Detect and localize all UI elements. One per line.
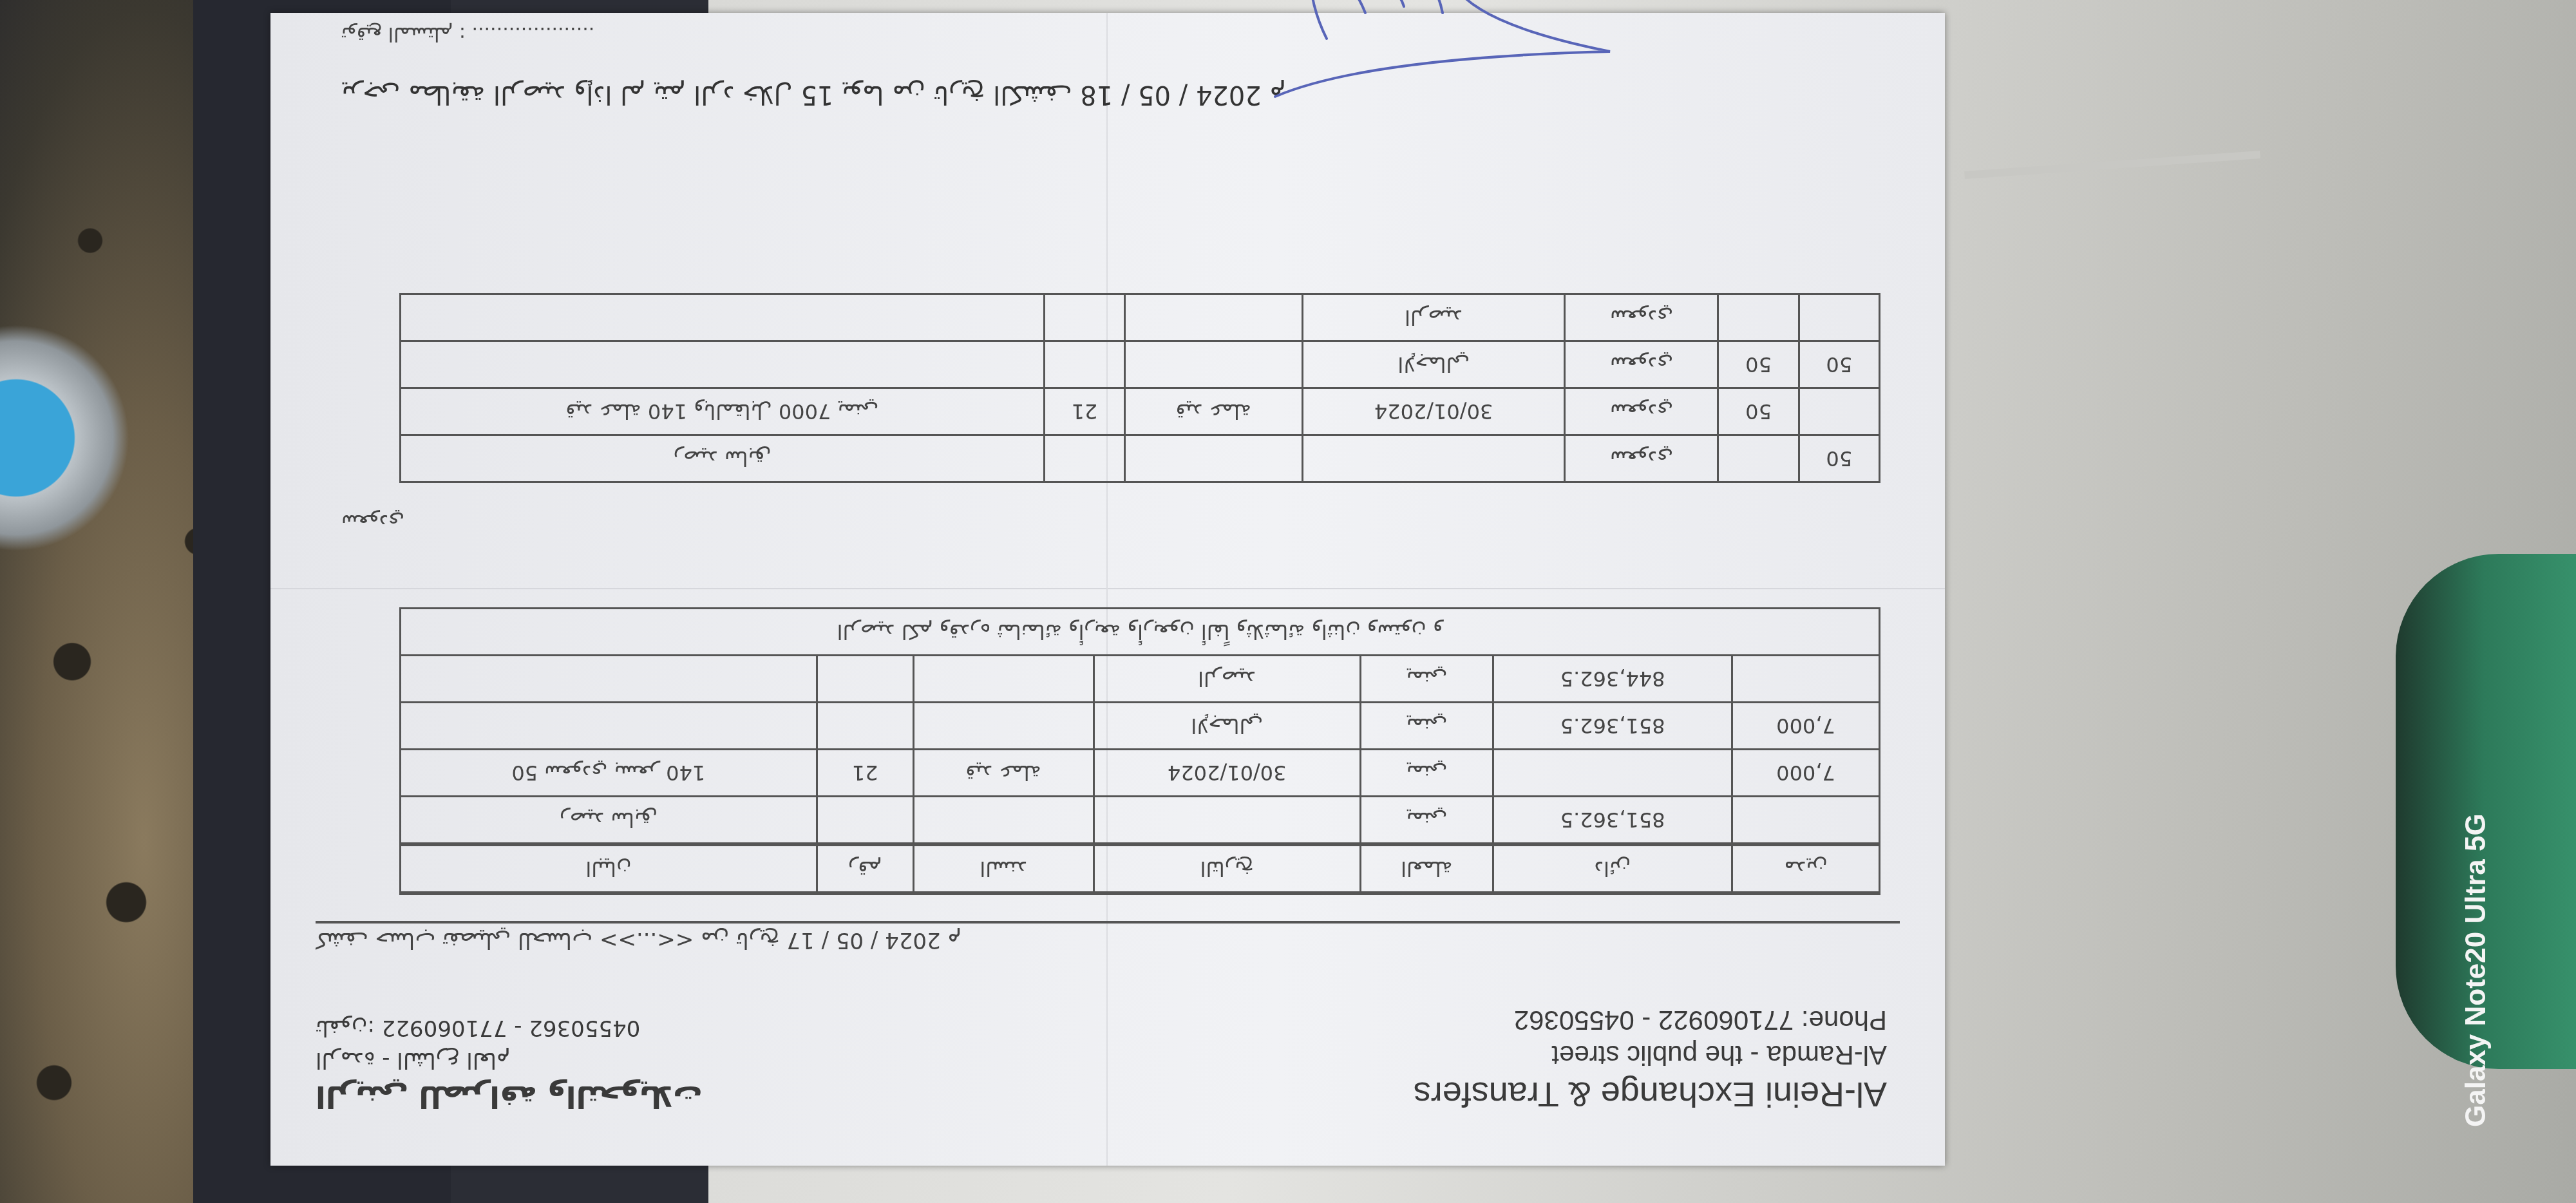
table-cell	[1044, 435, 1124, 482]
receiver-signature-line: توقيع المستلم : ....................	[341, 23, 594, 45]
table-row: قيد عملة 140 وبالمقابل 7000 يمني21قيد عم…	[401, 388, 1880, 435]
table-cell	[1302, 435, 1565, 482]
table-row: رصيد سابقيمني851,362.5	[401, 797, 1880, 845]
table-cell	[1732, 797, 1880, 845]
table-cell: 30/01/2024	[1094, 750, 1360, 797]
table-cell: يمني	[1360, 750, 1493, 797]
company-address-ar: الرمدة - الشارع العام	[316, 1047, 703, 1073]
table-cell: 851,362.5	[1493, 703, 1732, 750]
handwritten-signature	[1108, 0, 1687, 135]
statement-table: البيانرقمالسندالتاريخالعملةدائنمدينرصيد …	[399, 607, 1880, 895]
table-cell	[1044, 341, 1124, 388]
table-cell: سعودي	[1565, 341, 1718, 388]
table-cell: 21	[817, 750, 913, 797]
balance-note: الرصيد لكم وقدره ثمانمائة وأربعة وأربعون…	[401, 609, 1880, 656]
table-cell	[1718, 294, 1799, 341]
table-cell: الإجمالي	[1302, 341, 1565, 388]
table-cell: سعودي	[1565, 388, 1718, 435]
table-cell: 7,000	[1732, 703, 1880, 750]
camera-watermark: Galaxy Note20 Ultra 5G	[2460, 813, 2492, 1127]
table-cell: مدين	[1732, 844, 1880, 893]
table-cell	[913, 703, 1094, 750]
table-cell	[817, 797, 913, 845]
table-cell: الرصيد	[1302, 294, 1565, 341]
table-cell: يمني	[1360, 703, 1493, 750]
table-cell: قيد عملة	[913, 750, 1094, 797]
table-cell	[401, 703, 817, 750]
table-cell: العملة	[1360, 844, 1493, 893]
table-cell: 50	[1799, 435, 1879, 482]
table-cell: قيد عملة 140 وبالمقابل 7000 يمني	[401, 388, 1045, 435]
table-cell: السند	[913, 844, 1094, 893]
company-phone-en: Phone: 771060922 - 04550362	[1414, 1005, 1887, 1036]
table-cell: يمني	[1360, 656, 1493, 703]
table-cell: دائن	[1493, 844, 1732, 893]
company-phone-ar: تلفون: 771060922 - 04550362	[316, 1015, 703, 1041]
table-cell: 50 سعودي بسعر 140	[401, 750, 817, 797]
company-name-ar: الريني للصرافة والتحويلات	[316, 1079, 703, 1114]
table-cell: التاريخ	[1094, 844, 1360, 893]
paper-fold-horizontal	[270, 588, 1945, 589]
table-cell: البيان	[401, 844, 817, 893]
table-cell: يمني	[1360, 797, 1493, 845]
table-cell: 851,362.5	[1493, 797, 1732, 845]
receipt-paper: Al-Reini Exchange & Transfers Al-Ramda -…	[270, 13, 1945, 1166]
table-row: الإجمالييمني851,362.57,000	[401, 703, 1880, 750]
receiver-label: توقيع المستلم :	[341, 23, 466, 45]
currency-section-title: سعودي	[341, 510, 404, 535]
table-cell	[1493, 750, 1732, 797]
table-row: 50 سعودي بسعر 14021قيد عملة30/01/2024يمن…	[401, 750, 1880, 797]
statement-title: كشف حساب تفصيلي للحساب <<...>> من تاريخ …	[316, 921, 1900, 953]
balance-note-row: الرصيد لكم وقدره ثمانمائة وأربعة وأربعون…	[401, 609, 1880, 656]
table-header-row: البيانرقمالسندالتاريخالعملةدائنمدين	[401, 844, 1880, 893]
company-name-en: Al-Reini Exchange & Transfers	[1414, 1074, 1887, 1114]
table-cell: قيد عملة	[1125, 388, 1303, 435]
table-cell: 844,362.5	[1493, 656, 1732, 703]
table-row: رصيد سابقسعودي50	[401, 435, 1880, 482]
table-cell: 50	[1718, 341, 1799, 388]
table-cell	[1718, 435, 1799, 482]
receipt-header: Al-Reini Exchange & Transfers Al-Ramda -…	[316, 985, 1887, 1114]
table-cell: 50	[1799, 341, 1879, 388]
table-cell: 7,000	[1732, 750, 1880, 797]
table-cell	[1799, 294, 1879, 341]
header-arabic: الريني للصرافة والتحويلات الرمدة - الشار…	[316, 1015, 703, 1114]
table-cell: الرصيد	[1094, 656, 1360, 703]
table-cell	[1732, 656, 1880, 703]
table-row: الرصيدسعودي	[401, 294, 1880, 341]
table-row: الرصيديمني844,362.5	[401, 656, 1880, 703]
table-cell: رصيد سابق	[401, 435, 1045, 482]
currency-table: رصيد سابقسعودي50قيد عملة 140 وبالمقابل 7…	[399, 293, 1880, 483]
table-cell	[1125, 435, 1303, 482]
table-cell: 21	[1044, 388, 1124, 435]
header-english: Al-Reini Exchange & Transfers Al-Ramda -…	[1414, 1005, 1887, 1114]
table-cell	[1094, 797, 1360, 845]
table-cell: سعودي	[1565, 294, 1718, 341]
table-cell	[913, 797, 1094, 845]
table-cell	[913, 656, 1094, 703]
table-cell	[401, 294, 1045, 341]
table-cell: الإجمالي	[1094, 703, 1360, 750]
table-cell: رصيد سابق	[401, 797, 817, 845]
table-cell	[1799, 388, 1879, 435]
table-cell	[401, 656, 817, 703]
table-cell	[817, 703, 913, 750]
table-cell	[401, 341, 1045, 388]
table-cell: رقم	[817, 844, 913, 893]
table-row: الإجماليسعودي5050	[401, 341, 1880, 388]
water-bottle	[0, 303, 174, 573]
company-address-en: Al-Ramda - the public street	[1414, 1039, 1887, 1070]
table-cell: 50	[1718, 388, 1799, 435]
table-cell	[1044, 294, 1124, 341]
table-cell: سعودي	[1565, 435, 1718, 482]
table-cell	[1125, 294, 1303, 341]
table-cell	[817, 656, 913, 703]
table-cell	[1125, 341, 1303, 388]
table-cell: 30/01/2024	[1302, 388, 1565, 435]
receiver-dots: ....................	[471, 23, 594, 45]
